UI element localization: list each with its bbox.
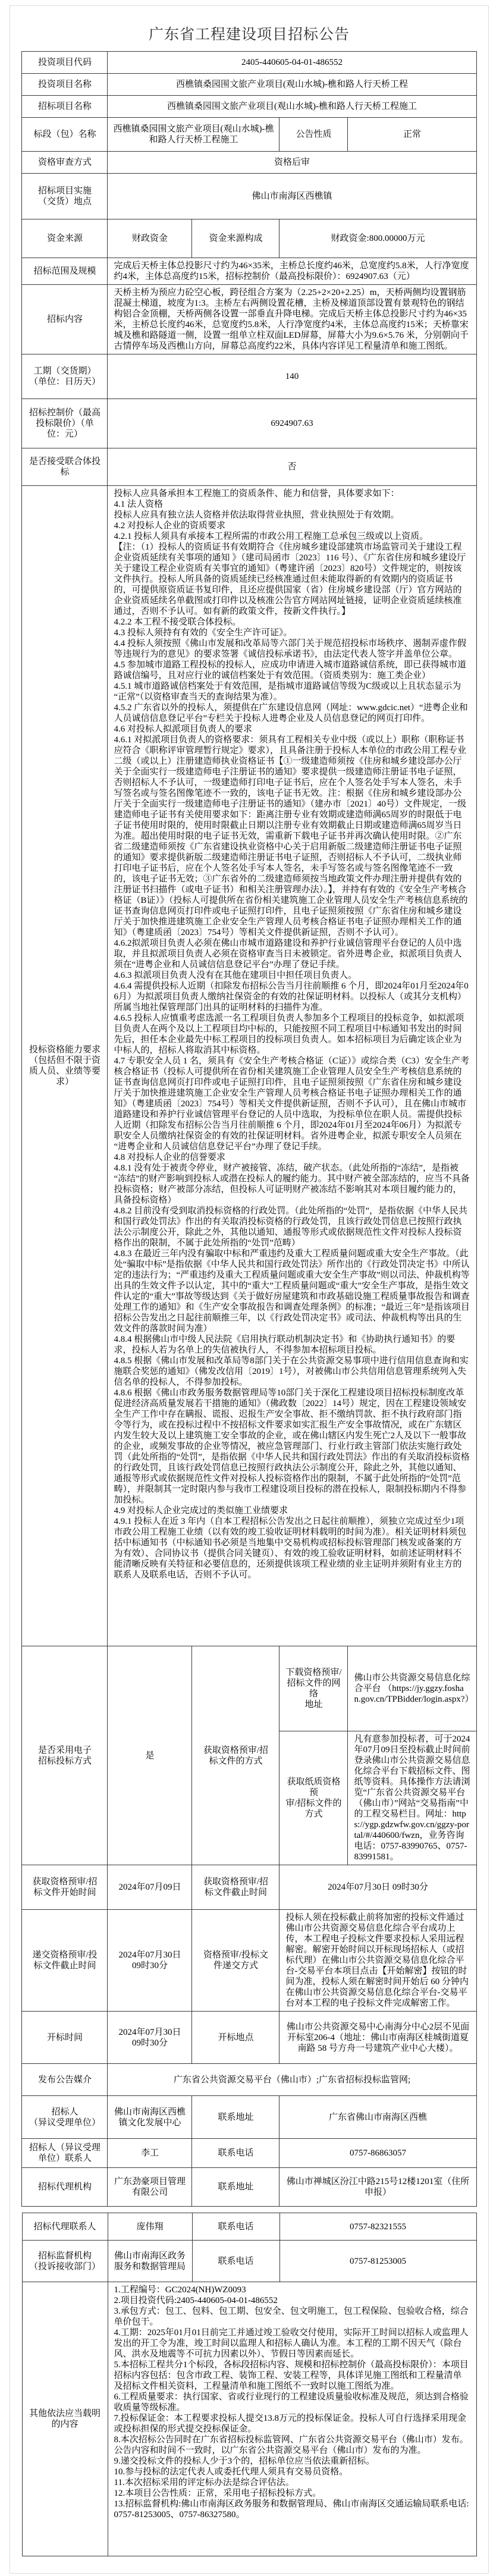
tenderer-tel-label: 联系电话 [192,2139,279,2168]
row-section-name: 标段（包）名称 西樵镇桑园围文旅产业项目(观山水城)-樵和路人行天桥工程施工 公… [22,118,476,152]
tenderer-value: 佛山市南海区西樵 镇文化发展中心 [108,2096,192,2139]
media-label: 发布公告媒介 [22,2064,108,2096]
fund-source-value: 财政资金 [108,219,192,258]
page-title: 广东省工程建设项目招标公告 [10,6,488,51]
row-scope: 招标范围及规模 完成后天桥主体总投影尺寸约为46×35米，主桥总长度约46米，总… [22,258,476,285]
submit-method-label: 资格预审/投标文 件递交方式 [192,1910,279,2012]
row-agency: 招标代理机构 广东劲豪项目管理 有限公司 联系地址 佛山市禅城区汾江中路215号… [22,2168,476,2207]
obtain-start-value: 2024年07月09日 [108,1865,192,1910]
consortium-label: 是否接受联合体投 标 [22,448,108,486]
tenderer-address-label: 联系地址 [192,2096,279,2139]
row-tenderer-contact: 招标人（异议受理 单位）联系人 李工 联系电话 0757-86863057 [22,2139,476,2168]
consortium-value: 否 [108,448,476,486]
scope-label: 招标范围及规模 [22,258,108,285]
announcement-table-main: 投资项目代码 2405-440605-04-01-486552 投资项目名称 西… [21,51,476,2207]
fund-composition-value: 财政资金:800.00000万元 [279,219,476,258]
media-value: 广东省公共资源交易平台（佛山市）;广东省招标投标监管网; [108,2064,476,2096]
agency-tel-label: 联系电话 [192,2213,279,2241]
row-invest-name: 投资项目名称 西樵镇桑园围文旅产业项目(观山水城)-樵和路人行天桥工程 [22,74,476,96]
supervisor-tel-value: 0757-81253005 [279,2241,476,2282]
row-opening: 开标时间 2024年07月30日 09时30分 开标地点 佛山市公共资源交易中心… [22,2012,476,2064]
agency-label: 招标代理机构 [22,2168,108,2207]
notice-nature-label: 公告性质 [279,118,348,152]
section-name-value: 西樵镇桑园围文旅产业项目(观山水城)-樵和路人行天桥工程施工 [108,118,279,152]
obtain-method-label: 获取资格预审/招 标文件的方式 [192,1646,279,1865]
paper-method-value: 凡有意参加投标者，可于2024年07月09日至投标截止时间前登录佛山市公共资源交… [348,1731,476,1865]
opening-time-value: 2024年07月30日 09时30分 [108,2012,192,2064]
agency-value: 广东劲豪项目管理 有限公司 [108,2168,192,2207]
submit-deadline-label: 递交资格预审/投 标文件截止时间 [22,1910,108,2012]
location-label: 招标项目实施 （交货）地点 [22,174,108,219]
tender-name-label: 招标项目名称 [22,96,108,118]
scope-value: 完成后天桥主体总投影尺寸约为46×35米，主桥总长度约46米，总宽度约5.8米，… [108,258,476,285]
announcement-table-secondary: 招标代理联系人 庞伟翔 联系电话 0757-82321555 招标监督机构 （投… [22,2213,477,2556]
row-tenderer: 招标人 （异议受理单位） 佛山市南海区西樵 镇文化发展中心 联系地址 广东省佛山… [22,2096,476,2139]
row-agency-contact: 招标代理联系人 庞伟翔 联系电话 0757-82321555 [22,2213,476,2241]
agency-contact-label: 招标代理联系人 [22,2213,108,2241]
fund-source-label: 资金来源 [22,219,108,258]
row-content: 招标内容 天桥主桥为预应力砼空心板，跨径组合方案为（2.25+2×20+2.25… [22,285,476,354]
row-control-price: 招标控制价（最高 投标限价）（单 位：元） 6924907.63 [22,399,476,448]
qualification-requirements-label: 投标资格能力要求 （包括但不限于资 质人员、业绩等要 求） [22,486,108,1646]
e-bidding-value: 是 [108,1646,192,1865]
e-bidding-label: 是否采用电子 招标投标方式 [22,1646,108,1865]
tenderer-contact-label: 招标人（异议受理 单位）联系人 [22,2139,108,2168]
download-address-value: 佛山市公共资源交易信息化综合平台 （https://jy.ggzy.foshan… [348,1646,476,1731]
project-code-value: 2405-440605-04-01-486552 [108,52,476,74]
agency-address-label: 联系地址 [192,2168,279,2207]
agency-tel-value: 0757-82321555 [279,2213,476,2241]
row-fund-source: 资金来源 财政资金 资金来源构成 财政资金:800.00000万元 [22,219,476,258]
row-consortium: 是否接受联合体投 标 否 [22,448,476,486]
obtain-start-label: 获取资格预审/招 标文件开始时间 [22,1865,108,1910]
content-label: 招标内容 [22,285,108,354]
row-e-bidding-download: 是否采用电子 招标投标方式 是 获取资格预审/招 标文件的方式 下载资格预审/ … [22,1646,476,1731]
tenderer-address-value: 广东省佛山市南海区西樵 [279,2096,476,2139]
row-tender-name: 招标项目名称 西樵镇桑园围文旅产业项目(观山水城)-樵和路人行天桥工程施工 [22,96,476,118]
submit-deadline-value: 2024年07月30日 09时30分 [108,1910,192,2012]
obtain-end-label: 获取资格预审/招 标文件截止时间 [192,1865,279,1910]
control-price-label: 招标控制价（最高 投标限价）（单 位：元） [22,399,108,448]
obtain-end-value: 2024年07月30日 09时30分 [279,1865,476,1910]
announcement-page: 广东省工程建设项目招标公告 投资项目代码 2405-440605-04-01-4… [10,5,489,2574]
tenderer-tel-value: 0757-86863057 [279,2139,476,2168]
row-submit-deadline: 递交资格预审/投 标文件截止时间 2024年07月30日 09时30分 资格预审… [22,1910,476,2012]
invest-name-label: 投资项目名称 [22,74,108,96]
row-other-content: 其他依法应当载明 的内容 1.工程编号：GC2024(NH)WZ0093 2.项… [22,2282,476,2556]
location-value: 佛山市南海区西樵镇 [108,174,476,219]
row-media: 发布公告媒介 广东省公共资源交易平台（佛山市）;广东省招标投标监管网; [22,2064,476,2096]
project-code-label: 投资项目代码 [22,52,108,74]
row-location: 招标项目实施 （交货）地点 佛山市南海区西樵镇 [22,174,476,219]
fund-composition-label: 资金来源构成 [192,219,279,258]
row-supervisor: 招标监督机构 （投诉接收部门） 佛山市南海区政务 服务和数据管理局 联系电话 0… [22,2241,476,2282]
content-value: 天桥主桥为预应力砼空心板，跨径组合方案为（2.25+2×20+2.25）m，天桥… [108,285,476,354]
agency-address-value: 佛山市禅城区汾江中路215号12楼1201室（住所申报） [279,2168,476,2207]
other-content-text: 1.工程编号：GC2024(NH)WZ0093 2.项目投资代码:2405-44… [108,2282,476,2556]
qualification-method-label: 资格审查方式 [22,152,108,174]
row-qualification-method: 资格审查方式 资格后审 [22,152,476,174]
qualification-method-value: 资格后审 [108,152,476,174]
opening-place-value: 佛山市公共资源交易中心南海分中心2层不见面开标室206-4（地址：佛山市南海区桂… [279,2012,476,2064]
row-qualification-requirements: 投标资格能力要求 （包括但不限于资 质人员、业绩等要 求） 投标人应具备承担本工… [22,486,476,1646]
tender-name-value: 西樵镇桑园围文旅产业项目(观山水城)-樵和路人行天桥工程施工 [108,96,476,118]
control-price-value: 6924907.63 [108,399,476,448]
download-address-label: 下载资格预审/ 招标文件的网络 地址 [279,1646,348,1731]
duration-value: 140 [108,354,476,399]
tenderer-contact-value: 李工 [108,2139,192,2168]
qualification-requirements-text: 投标人应具备承担本工程施工的资质条件、能力和信誉，具体要求如下： 4.1 法人资… [108,486,476,1646]
agency-contact-value: 庞伟翔 [108,2213,192,2241]
opening-time-label: 开标时间 [22,2012,108,2064]
supervisor-label: 招标监督机构 （投诉接收部门） [22,2241,108,2282]
paper-method-label: 获取纸质资格预 审/招标文件的 方式 [279,1731,348,1865]
section-name-label: 标段（包）名称 [22,118,108,152]
submit-method-value: 投标人须在投标截止前将加密的投标文件通过佛山市公共资源交易信息化综合平台成功上传… [279,1910,476,2012]
row-project-code: 投资项目代码 2405-440605-04-01-486552 [22,52,476,74]
tenderer-label: 招标人 （异议受理单位） [22,2096,108,2139]
other-content-label: 其他依法应当载明 的内容 [22,2282,108,2556]
row-duration: 工期（交货期） （单位：日历天） 140 [22,354,476,399]
supervisor-tel-label: 联系电话 [192,2241,279,2282]
supervisor-value: 佛山市南海区政务 服务和数据管理局 [108,2241,192,2282]
invest-name-value: 西樵镇桑园围文旅产业项目(观山水城)-樵和路人行天桥工程 [108,74,476,96]
opening-place-label: 开标地点 [192,2012,279,2064]
notice-nature-value: 正常 [348,118,476,152]
row-obtain-time: 获取资格预审/招 标文件开始时间 2024年07月09日 获取资格预审/招 标文… [22,1865,476,1910]
duration-label: 工期（交货期） （单位：日历天） [22,354,108,399]
